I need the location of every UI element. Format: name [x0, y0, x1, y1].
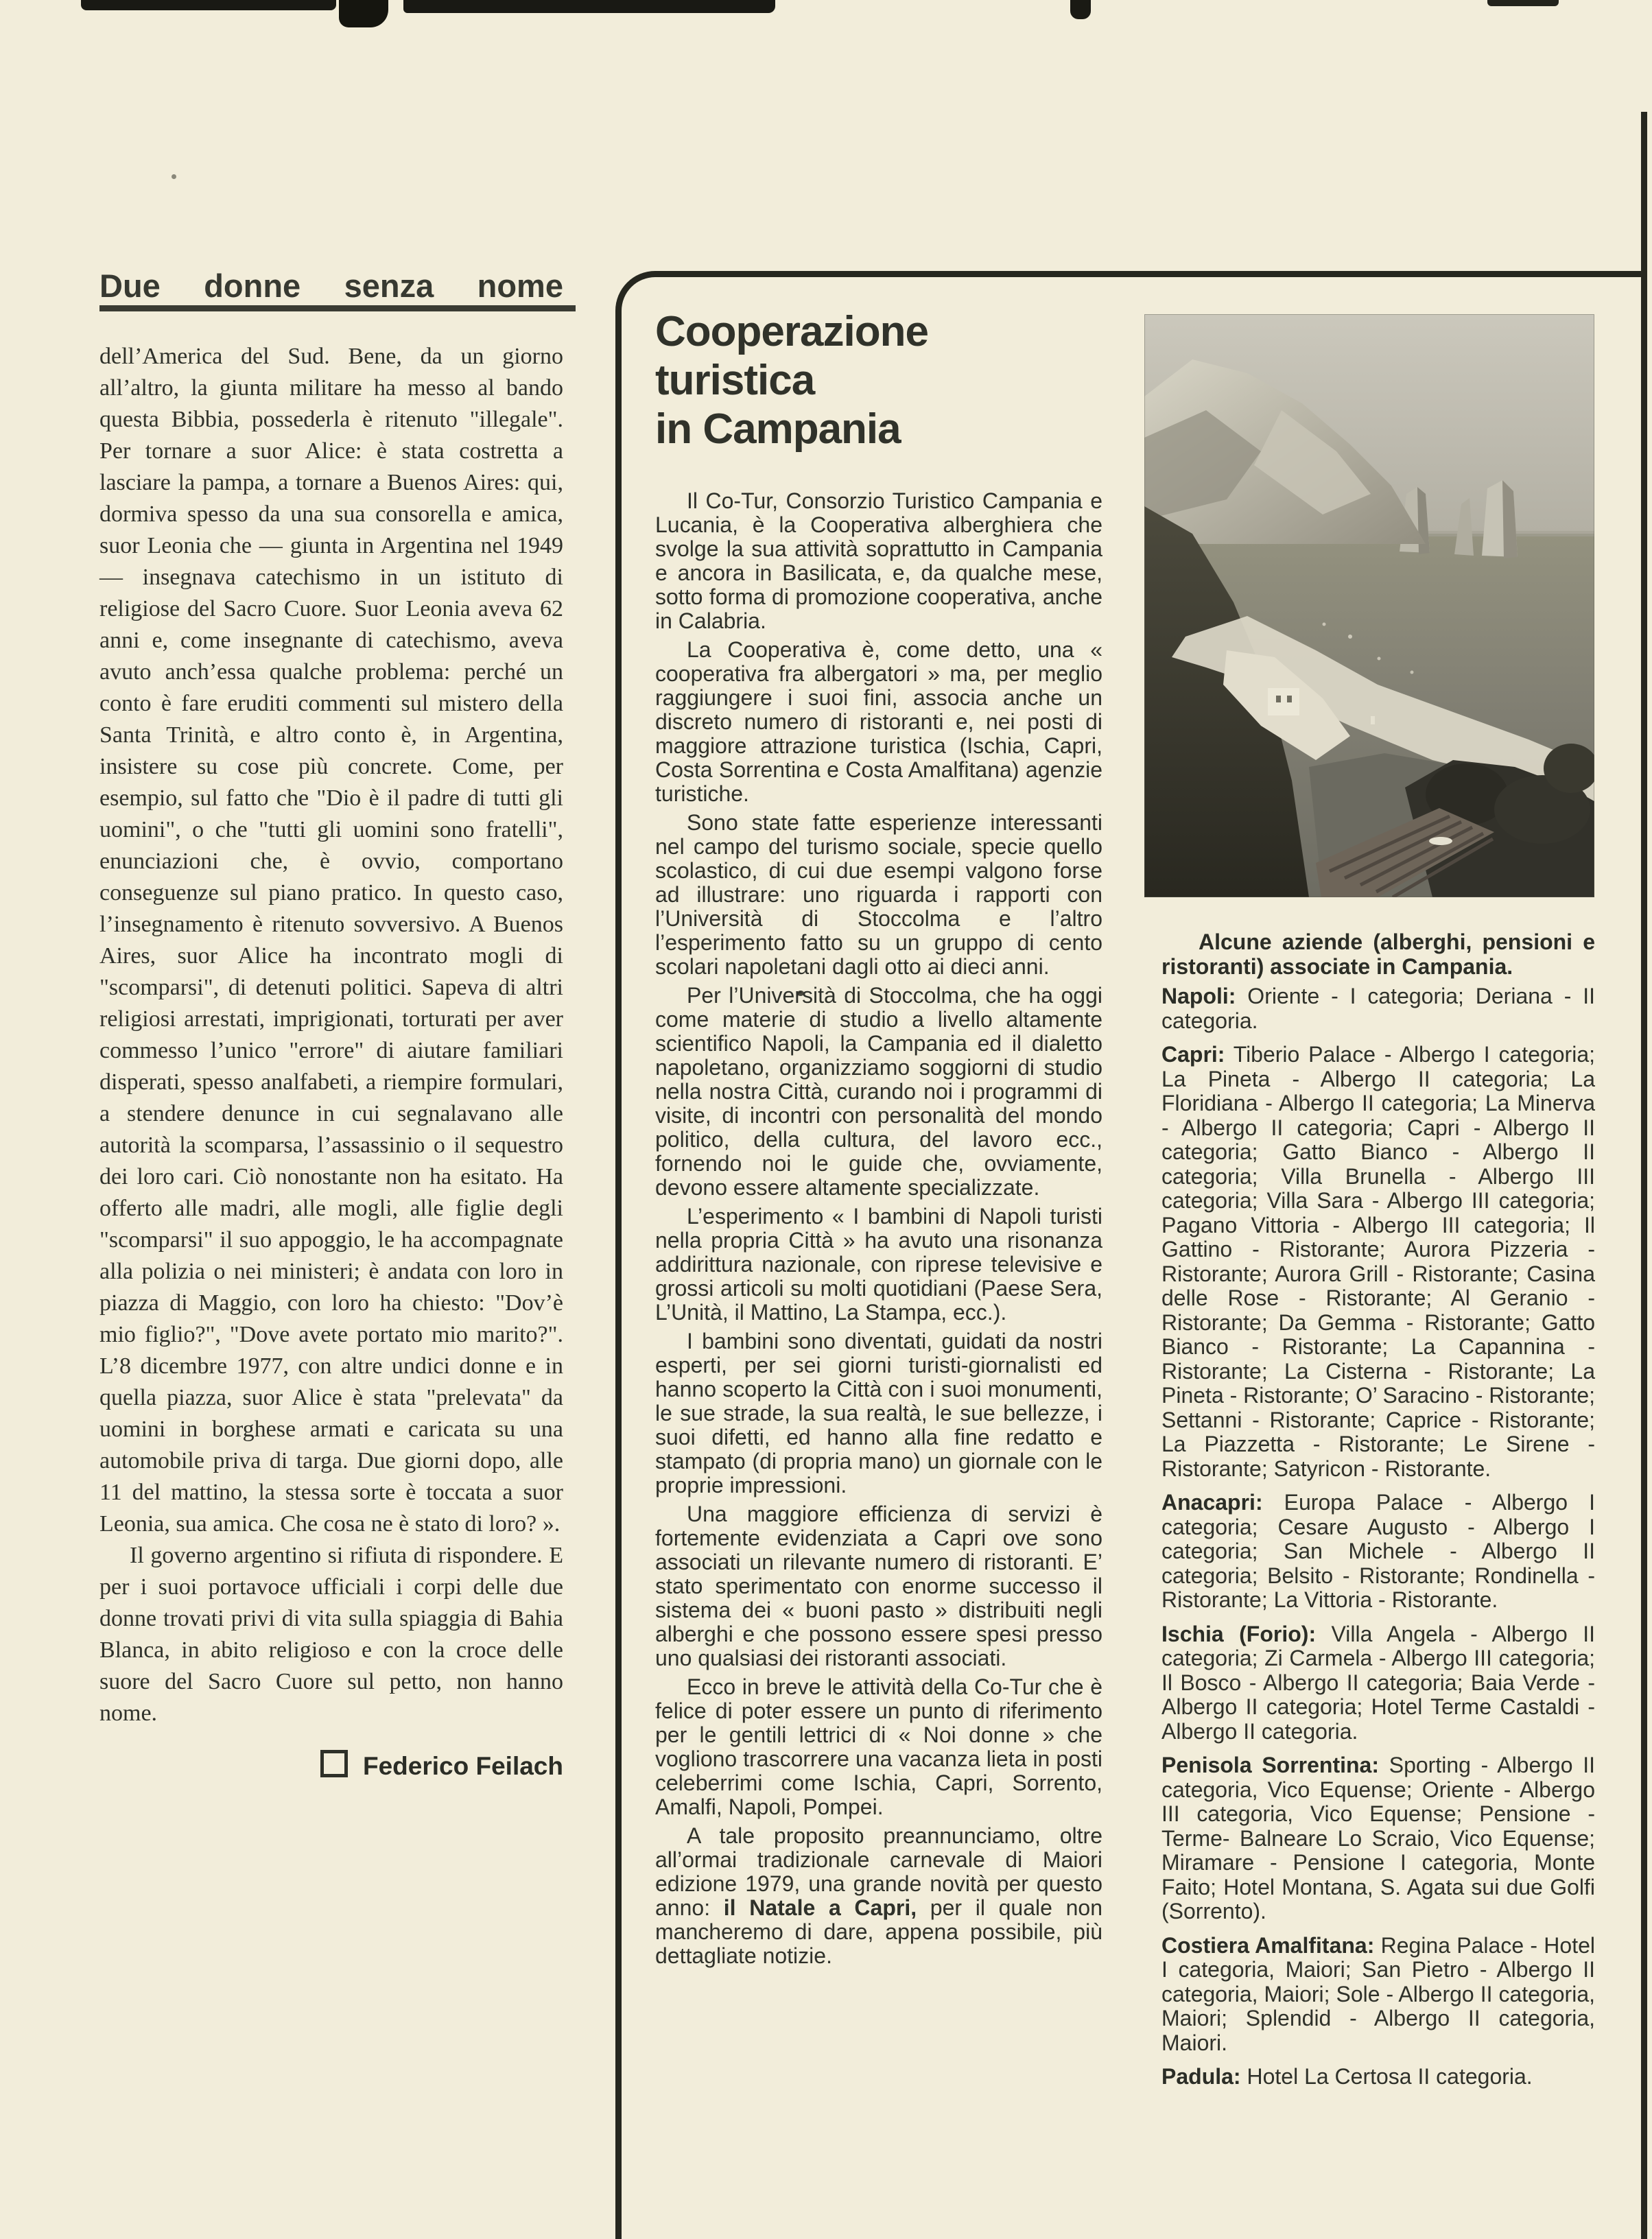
list-item: Anacapri: Europa Palace - Albergo I cate… — [1161, 1491, 1595, 1613]
list-item: Ischia (Forio): Villa Angela - Albergo I… — [1161, 1622, 1595, 1744]
paragraph: Il Co-Tur, Consorzio Turistico Campania … — [655, 489, 1102, 633]
paper-speck — [172, 174, 176, 179]
page-edge-rule — [1641, 112, 1647, 2239]
title-word: senza — [344, 269, 434, 303]
left-article-body: dell’America del Sud. Bene, da un giorno… — [99, 341, 563, 1782]
highlighted-text: il Natale a Capri, — [724, 1895, 917, 1920]
location-label: Capri: — [1161, 1042, 1225, 1067]
paragraph: dell’America del Sud. Bene, da un giorno… — [99, 341, 563, 1540]
title-word: donne — [204, 269, 300, 303]
center-article-title: Cooperazione turistica in Campania — [655, 307, 1102, 453]
list-item: Napoli: Oriente - I categoria; Deriana -… — [1161, 984, 1595, 1033]
paragraph: Il governo argentino si rifiuta di rispo… — [99, 1540, 563, 1729]
list-item: Costiera Amalfitana: Regina Palace - Hot… — [1161, 1934, 1595, 2056]
paragraph: A tale proposito preannunciamo, oltre al… — [655, 1824, 1102, 1968]
scan-artifact — [339, 0, 388, 27]
scan-artifact — [403, 0, 775, 13]
location-label: Costiera Amalfitana: — [1161, 1933, 1374, 1958]
list-item: Penisola Sorrentina: Sporting - Albergo … — [1161, 1753, 1595, 1924]
list-item: Capri: Tiberio Palace - Albergo I catego… — [1161, 1043, 1595, 1481]
paragraph: Per l’Università di Stoccolma, che ha og… — [655, 984, 1102, 1200]
center-article: Cooperazione turistica in Campania Il Co… — [655, 307, 1102, 1973]
scan-artifact — [81, 0, 336, 10]
paragraph: I bambini sono diventati, guidati da nos… — [655, 1329, 1102, 1497]
location-label: Napoli: — [1161, 984, 1236, 1008]
scan-artifact — [1070, 0, 1091, 19]
left-article-title: Due donne senza nome — [99, 269, 563, 303]
paragraph: Una maggiore efficienza di servizi è for… — [655, 1502, 1102, 1670]
capri-coast-photo — [1144, 314, 1594, 897]
title-word: Due — [99, 269, 161, 303]
list-item: Padula: Hotel La Certosa II categoria. — [1161, 2065, 1595, 2089]
location-entries: Hotel La Certosa II categoria. — [1241, 2064, 1533, 2089]
title-line: turistica — [655, 356, 1102, 405]
location-label: Anacapri: — [1161, 1490, 1263, 1515]
title-word: nome — [477, 269, 563, 303]
author-name: Federico Feilach — [363, 1752, 563, 1780]
title-line: in Campania — [655, 405, 1102, 453]
location-entries: Sporting - Albergo II categoria, Vico Eq… — [1161, 1753, 1595, 1923]
associates-list: Alcune aziende (alberghi, pensioni e ris… — [1161, 930, 1595, 2089]
title-underline — [99, 305, 576, 311]
center-article-body: Il Co-Tur, Consorzio Turistico Campania … — [655, 489, 1102, 1968]
paragraph: Ecco in breve le attività della Co-Tur c… — [655, 1675, 1102, 1819]
paragraph: La Cooperativa è, come detto, una « coop… — [655, 638, 1102, 806]
title-line: Cooperazione — [655, 307, 1102, 356]
end-of-article-square-icon — [320, 1750, 348, 1777]
magazine-page: { "page": { "bg_color": "#f2edda", "ink_… — [0, 0, 1652, 2239]
photo-caption: Alcune aziende (alberghi, pensioni e ris… — [1161, 930, 1595, 979]
paragraph: L’esperimento « I bambini di Napoli turi… — [655, 1205, 1102, 1325]
location-label: Ischia (Forio): — [1161, 1622, 1316, 1646]
paragraph: Sono state fatte esperienze interessanti… — [655, 811, 1102, 979]
location-entries: Tiberio Palace - Albergo I categoria; La… — [1161, 1042, 1595, 1481]
left-article-header: Due donne senza nome — [99, 269, 563, 303]
capri-coast-photo-art — [1144, 314, 1594, 897]
location-label: Padula: — [1161, 2064, 1241, 2089]
location-label: Penisola Sorrentina: — [1161, 1753, 1379, 1777]
scan-artifact — [1487, 0, 1559, 6]
byline: Federico Feilach — [99, 1750, 563, 1782]
